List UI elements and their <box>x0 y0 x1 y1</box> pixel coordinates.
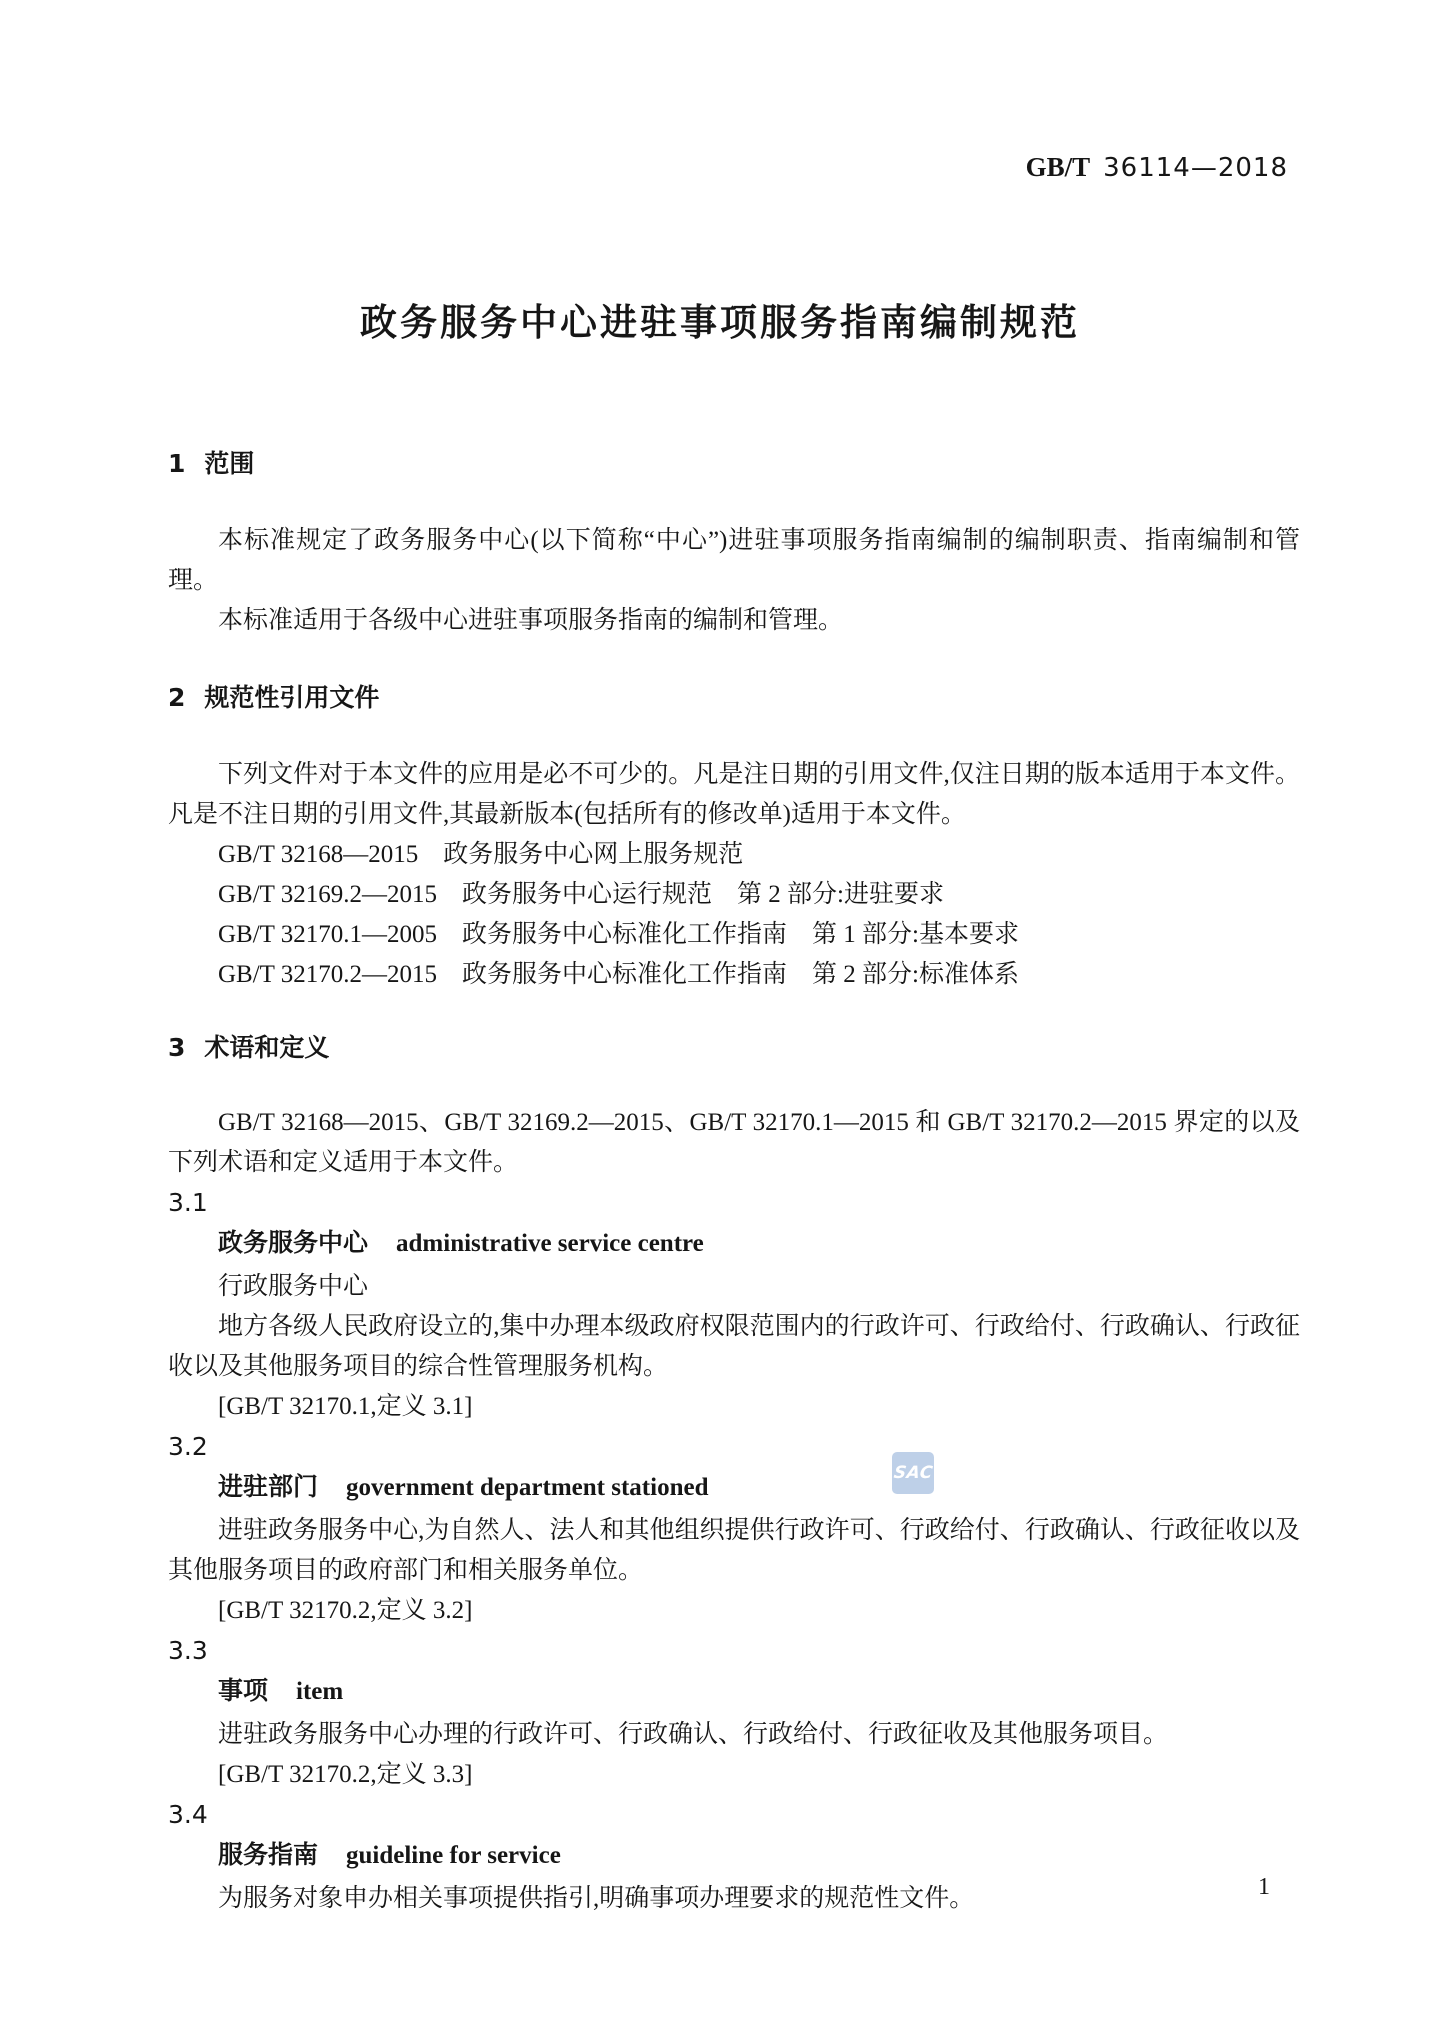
section-heading-terms-definitions: 3术语和定义 <box>168 1031 1300 1065</box>
term-zh: 服务指南 <box>218 1841 318 1869</box>
normative-reference-line: GB/T 32170.2—2015 政务服务中心标准化工作指南 第 2 部分:标… <box>168 955 1300 995</box>
standard-code-prefix: GB/T <box>1026 152 1091 182</box>
scope-paragraph-1: 本标准规定了政务服务中心(以下简称“中心”)进驻事项服务指南编制的编制职责、指南… <box>168 521 1300 601</box>
normative-reference-line: GB/T 32169.2—2015 政务服务中心运行规范 第 2 部分:进驻要求 <box>168 875 1300 915</box>
document-title: 政务服务中心进驻事项服务指南编制规范 <box>168 299 1300 347</box>
page-number: 1 <box>1258 1872 1270 1902</box>
term-definition-3-1: 地方各级人民政府设立的,集中办理本级政府权限范围内的行政许可、行政给付、行政确认… <box>168 1307 1300 1387</box>
sac-watermark: SAC <box>892 1452 934 1494</box>
term-en: guideline for service <box>346 1842 561 1869</box>
normative-reference-line: GB/T 32170.1—2005 政务服务中心标准化工作指南 第 1 部分:基… <box>168 915 1300 955</box>
section-number: 3 <box>168 1033 185 1062</box>
document-page: GB/T 36114—2018 政务服务中心进驻事项服务指南编制规范 1范围 本… <box>0 0 1440 2035</box>
term-definition-3-4: 为服务对象申办相关事项提供指引,明确事项办理要求的规范性文件。 <box>168 1879 1300 1919</box>
scope-paragraph-2: 本标准适用于各级中心进驻事项服务指南的编制和管理。 <box>168 601 1300 641</box>
standard-code: GB/T 36114—2018 <box>168 150 1300 189</box>
term-en: government department stationed <box>346 1474 708 1501</box>
section-number: 2 <box>168 683 185 712</box>
clause-number-3-2: 3.2 <box>168 1427 1300 1467</box>
normative-reference-line: GB/T 32168—2015 政务服务中心网上服务规范 <box>168 835 1300 875</box>
term-heading-3-4: 服务指南guideline for service <box>168 1835 1300 1879</box>
section-number: 1 <box>168 449 185 478</box>
clause-number-3-4: 3.4 <box>168 1795 1300 1835</box>
term-source-3-2: [GB/T 32170.2,定义 3.2] <box>168 1591 1300 1631</box>
clause-number-3-1: 3.1 <box>168 1183 1300 1223</box>
term-en: item <box>296 1678 343 1705</box>
page-content: GB/T 36114—2018 政务服务中心进驻事项服务指南编制规范 1范围 本… <box>168 0 1300 1919</box>
term-source-3-1: [GB/T 32170.1,定义 3.1] <box>168 1387 1300 1427</box>
term-heading-3-1: 政务服务中心administrative service centre <box>168 1223 1300 1267</box>
term-alias-3-1: 行政服务中心 <box>168 1267 1300 1307</box>
term-source-3-3: [GB/T 32170.2,定义 3.3] <box>168 1755 1300 1795</box>
term-zh: 政务服务中心 <box>218 1229 368 1257</box>
normative-references-intro: 下列文件对于本文件的应用是必不可少的。凡是注日期的引用文件,仅注日期的版本适用于… <box>168 755 1300 835</box>
term-heading-3-2: 进驻部门government department stationed <box>168 1467 1300 1511</box>
term-definition-3-3: 进驻政务服务中心办理的行政许可、行政确认、行政给付、行政征收及其他服务项目。 <box>168 1715 1300 1755</box>
sac-watermark-label: SAC <box>892 1463 934 1483</box>
section-title: 术语和定义 <box>204 1034 329 1062</box>
standard-code-number: 36114—2018 <box>1103 153 1288 183</box>
term-heading-3-3: 事项item <box>168 1671 1300 1715</box>
term-zh: 事项 <box>218 1677 268 1705</box>
section-title: 范围 <box>204 450 254 478</box>
terms-intro: GB/T 32168—2015、GB/T 32169.2—2015、GB/T 3… <box>168 1103 1300 1183</box>
section-heading-scope: 1范围 <box>168 447 1300 481</box>
clause-number-3-3: 3.3 <box>168 1631 1300 1671</box>
section-heading-normative-references: 2规范性引用文件 <box>168 681 1300 715</box>
term-zh: 进驻部门 <box>218 1473 318 1501</box>
term-definition-3-2: 进驻政务服务中心,为自然人、法人和其他组织提供行政许可、行政给付、行政确认、行政… <box>168 1511 1300 1591</box>
term-en: administrative service centre <box>396 1230 704 1257</box>
section-title: 规范性引用文件 <box>204 684 379 712</box>
